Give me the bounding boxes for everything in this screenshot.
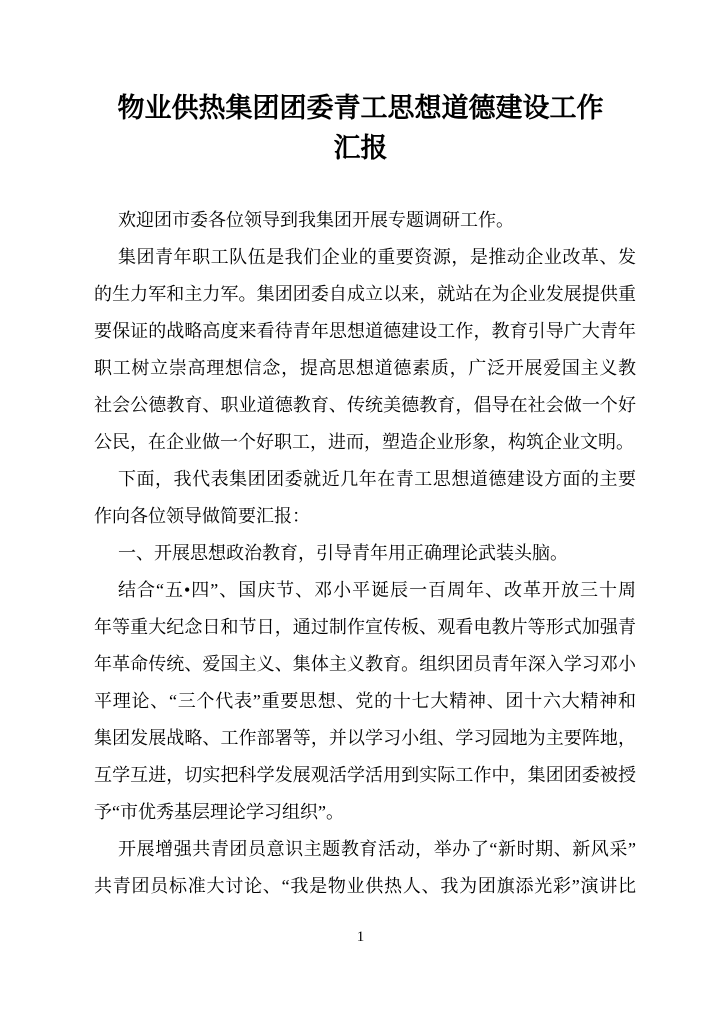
text-line: 平理论、“三个代表”重要思想、党的十七大精神、团十六大精神和 (94, 683, 636, 720)
text-line: 集团发展战略、工作部署等，并以学习小组、学习园地为主要阵地， (94, 720, 636, 757)
paragraph: 结合“五•四”、国庆节、邓小平诞辰一百周年、改革开放三十周年等重大纪念日和节日，… (94, 572, 636, 831)
paragraph: 下面，我代表集团团委就近几年在青工思想道德建设方面的主要工作向各位领导做简要汇报… (94, 461, 636, 535)
paragraph: 开展增强共青团员意识主题教育活动，举办了“新时期、新风采”共青团员标准大讨论、“… (94, 831, 636, 905)
text-line: 一、开展思想政治教育，引导青年用正确理论武装头脑。 (94, 535, 636, 572)
paragraph: 一、开展思想政治教育，引导青年用正确理论武装头脑。 (94, 535, 636, 572)
text-line: 予“市优秀基层理论学习组织”。 (94, 794, 636, 831)
text-line: 互学互进，切实把科学发展观活学活用到实际工作中，集团团委被授 (94, 757, 636, 794)
text-line: 结合“五•四”、国庆节、邓小平诞辰一百周年、改革开放三十周 (94, 572, 636, 609)
paragraph: 集团青年职工队伍是我们企业的重要资源，是推动企业改革、发展的生力军和主力军。集团… (94, 239, 636, 461)
text-line: 欢迎团市委各位领导到我集团开展专题调研工作。 (94, 202, 636, 239)
document-title: 物业供热集团团委青工思想道德建设工作汇报 (110, 88, 612, 168)
text-line: 共青团员标准大讨论、“我是物业供热人、我为团旗添光彩”演讲比 (94, 868, 636, 905)
text-line: 职工树立崇高理想信念，提高思想道德素质，广泛开展爱国主义教育、 (94, 350, 636, 387)
text-line: 公民，在企业做一个好职工，进而，塑造企业形象，构筑企业文明。 (94, 424, 636, 461)
text-line: 的生力军和主力军。集团团委自成立以来，就站在为企业发展提供重 (94, 276, 636, 313)
document-page: 物业供热集团团委青工思想道德建设工作汇报 欢迎团市委各位领导到我集团开展专题调研… (0, 0, 721, 1020)
page-number: 1 (0, 928, 721, 947)
document-body: 欢迎团市委各位领导到我集团开展专题调研工作。集团青年职工队伍是我们企业的重要资源… (94, 202, 636, 905)
text-line: 年等重大纪念日和节日，通过制作宣传板、观看电教片等形式加强青 (94, 609, 636, 646)
text-line: 开展增强共青团员意识主题教育活动，举办了“新时期、新风采” (94, 831, 636, 868)
text-line: 社会公德教育、职业道德教育、传统美德教育，倡导在社会做一个好 (94, 387, 636, 424)
text-line: 要保证的战略高度来看待青年思想道德建设工作，教育引导广大青年 (94, 313, 636, 350)
text-line: 作向各位领导做简要汇报： (94, 498, 636, 535)
text-line: 下面，我代表集团团委就近几年在青工思想道德建设方面的主要工 (94, 461, 636, 498)
text-line: 年革命传统、爱国主义、集体主义教育。组织团员青年深入学习邓小 (94, 646, 636, 683)
paragraph: 欢迎团市委各位领导到我集团开展专题调研工作。 (94, 202, 636, 239)
text-line: 集团青年职工队伍是我们企业的重要资源，是推动企业改革、发展 (94, 239, 636, 276)
